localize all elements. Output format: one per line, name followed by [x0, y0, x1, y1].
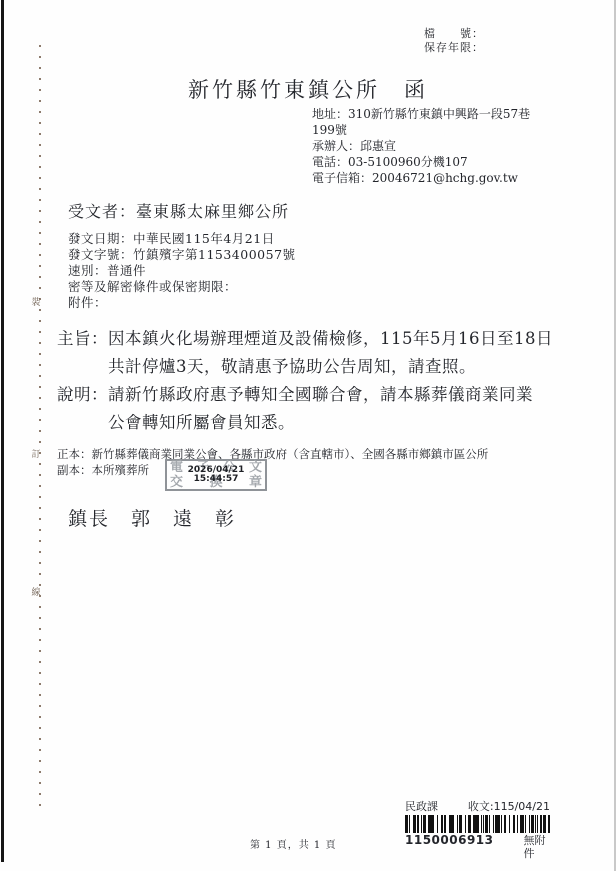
recipient-line: 受文者：臺東縣太麻里鄉公所	[68, 199, 289, 222]
retention-period-label: 保存年限：	[424, 41, 484, 55]
copies-block: 正本：新竹縣葬儀商業同業公會、各縣市政府（含直轄市）、全國各縣市鄉鎮市區公所 副…	[57, 446, 488, 478]
sender-address-line1: 地址：310新竹縣竹東鎮中興路一段57巷	[312, 106, 530, 122]
electronic-exchange-stamp: 電 子 公 文 交 換 章 2026/04/21 15:44:57	[165, 459, 267, 491]
document-meta-block: 發文日期：中華民國115年4月21日 發文字號：竹鎮殯字第1153400057號…	[68, 231, 296, 311]
receipt-date: 收文:115/04/21	[468, 800, 550, 813]
original-copy-line: 正本：新竹縣葬儀商業同業公會、各縣市政府（含直轄市）、全國各縣市鄉鎮市區公所	[57, 446, 488, 462]
subject-paragraph: 主旨： 因本鎮火化場辦理煙道及設備檢修，115年5月16日至18日 共計停爐3天…	[57, 325, 562, 381]
receipt-stamp-block: 民政課 收文:115/04/21 1150006913 無附件	[405, 800, 550, 860]
issue-date: 發文日期：中華民國115年4月21日	[68, 231, 296, 247]
barcode-icon	[405, 815, 550, 833]
subject-line2: 共計停爐3天，敬請惠予協助公告周知，請查照。	[108, 357, 476, 376]
stamp-datetime: 2026/04/21 15:44:57	[167, 461, 265, 489]
barcode-number: 1150006913	[405, 834, 494, 847]
binding-dashed-line	[39, 45, 41, 813]
sender-info-block: 地址：310新竹縣竹東鎮中興路一段57巷 199號 承辦人：邱惠宣 電話：03-…	[312, 106, 530, 186]
stamp-time: 15:44:57	[194, 475, 239, 484]
subject-label: 主旨：	[57, 325, 108, 381]
description-paragraph: 說明： 請新竹縣政府惠予轉知全國聯合會，請本縣葬儀商業同業 公會轉知所屬會員知悉…	[57, 381, 562, 437]
sender-contact-person: 承辦人：邱惠宣	[312, 138, 530, 154]
receipt-header-row: 民政課 收文:115/04/21	[405, 800, 550, 813]
subject-line1: 因本鎮火化場辦理煙道及設備檢修，115年5月16日至18日	[108, 329, 553, 348]
file-number-label: 檔 號：	[424, 27, 484, 41]
page-number: 第 1 頁，共 1 頁	[250, 836, 336, 851]
sender-address-line2: 199號	[312, 122, 530, 138]
description-text: 請新竹縣政府惠予轉知全國聯合會，請本縣葬儀商業同業 公會轉知所屬會員知悉。	[108, 381, 533, 437]
document-page: 裝 訂 線 檔 號： 保存年限： 新竹縣竹東鎮公所 函 地址：310新竹縣竹東鎮…	[0, 0, 616, 871]
binding-mark-zhuang: 裝	[29, 295, 43, 308]
description-line2: 公會轉知所屬會員知悉。	[108, 413, 295, 432]
receipt-footer-row: 1150006913 無附件	[405, 834, 550, 860]
issue-number: 發文字號：竹鎮殯字第1153400057號	[68, 247, 296, 263]
binding-mark-xian: 線	[29, 585, 43, 598]
delivery-speed: 速別：普通件	[68, 263, 296, 279]
sender-email: 電子信箱：20046721@hchg.gov.tw	[312, 170, 530, 186]
receipt-department: 民政課	[405, 800, 438, 813]
description-label: 說明：	[57, 381, 108, 437]
scan-edge-left	[1, 0, 4, 862]
mayor-signature: 鎮長 郭 遠 彰	[68, 504, 236, 531]
attachment-note: 無附件	[524, 834, 551, 860]
document-title: 新竹縣竹東鎮公所 函	[0, 74, 616, 104]
subject-text: 因本鎮火化場辦理煙道及設備檢修，115年5月16日至18日 共計停爐3天，敬請惠…	[108, 325, 553, 381]
description-line1: 請新竹縣政府惠予轉知全國聯合會，請本縣葬儀商業同業	[108, 385, 533, 404]
binding-mark-ding: 訂	[29, 447, 43, 460]
file-number-block: 檔 號： 保存年限：	[424, 27, 484, 55]
security-classification: 密等及解密條件或保密期限：	[68, 279, 296, 295]
cc-copy-line: 副本：本所殯葬所	[57, 462, 488, 478]
attachment-field: 附件：	[68, 295, 296, 311]
sender-phone: 電話：03-5100960分機107	[312, 154, 530, 170]
